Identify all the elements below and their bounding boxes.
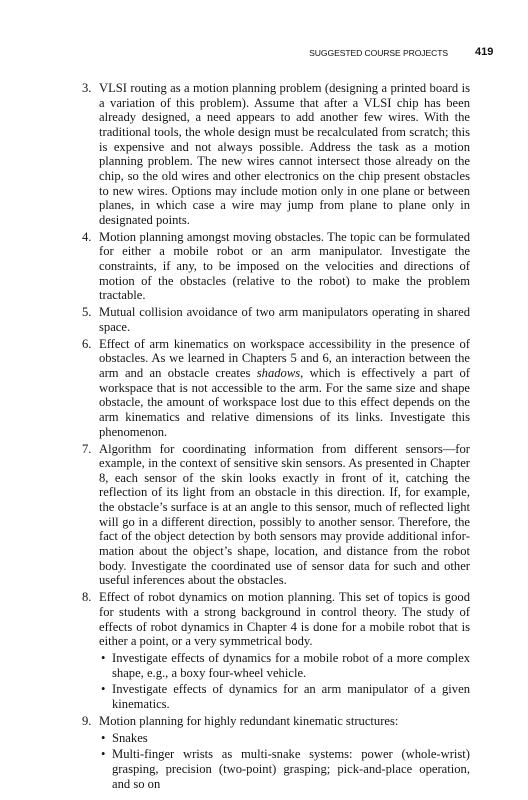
sub-item-text: Multi-finger wrists as multi-snake syste… <box>112 747 470 790</box>
sub-item-text: Investigate effects of dynamics for a mo… <box>112 651 470 680</box>
item-text: Mutual collision avoidance of two arm ma… <box>99 305 470 334</box>
item-text: VLSI routing as a motion planning proble… <box>99 81 470 227</box>
list-item-5: 5. Mutual collision avoidance of two arm… <box>80 305 470 334</box>
item-text: Effect of robot dynamics on motion plann… <box>99 590 470 648</box>
page-header: SUGGESTED COURSE PROJECTS 419 <box>0 46 528 62</box>
page-number: 419 <box>475 46 493 58</box>
item-number: 5. <box>82 305 91 320</box>
bullet-icon: • <box>101 747 105 762</box>
item-text: Motion planning for highly redundant kin… <box>99 714 398 728</box>
item-number: 3. <box>82 81 91 96</box>
item-number: 4. <box>82 230 91 245</box>
item-number: 7. <box>82 442 91 457</box>
sub-list-item: • Investigate effects of dynamics for a … <box>99 651 470 680</box>
list-item-3: 3. VLSI routing as a motion planning pro… <box>80 81 470 228</box>
list-item-9: 9. Motion planning for highly redundant … <box>80 714 470 791</box>
sub-list-item: • Multi-finger wrists as multi-snake sys… <box>99 747 470 791</box>
running-head: SUGGESTED COURSE PROJECTS <box>309 48 448 58</box>
project-list: 3. VLSI routing as a motion planning pro… <box>80 81 470 791</box>
list-item-4: 4. Motion planning amongst moving obstac… <box>80 230 470 303</box>
item-text: Algorithm for coordinating information f… <box>99 442 470 588</box>
bullet-icon: • <box>101 731 105 746</box>
sub-list: • Investigate effects of dynamics for a … <box>99 651 470 712</box>
item-number: 9. <box>82 714 91 729</box>
list-item-7: 7. Algorithm for coordinating informatio… <box>80 442 470 589</box>
sub-list: • Snakes • Multi-finger wrists as multi-… <box>99 731 470 792</box>
sub-list-item: • Investigate effects of dynamics for an… <box>99 682 470 711</box>
item-number: 8. <box>82 590 91 605</box>
sub-item-text: Investigate effects of dynamics for an a… <box>112 682 470 711</box>
sub-item-text: Snakes <box>112 731 148 745</box>
item-number: 6. <box>82 337 91 352</box>
item-text: Effect of arm kinematics on workspace ac… <box>99 337 470 439</box>
sub-list-item: • Snakes <box>99 731 470 746</box>
page-body: 3. VLSI routing as a motion planning pro… <box>80 81 470 794</box>
list-item-8: 8. Effect of robot dynamics on motion pl… <box>80 590 470 711</box>
list-item-6: 6. Effect of arm kinematics on workspace… <box>80 337 470 440</box>
emphasis-shadows: shadows <box>257 366 300 380</box>
bullet-icon: • <box>101 651 105 666</box>
item-text: Motion planning amongst moving obstacles… <box>99 230 470 303</box>
bullet-icon: • <box>101 682 105 697</box>
